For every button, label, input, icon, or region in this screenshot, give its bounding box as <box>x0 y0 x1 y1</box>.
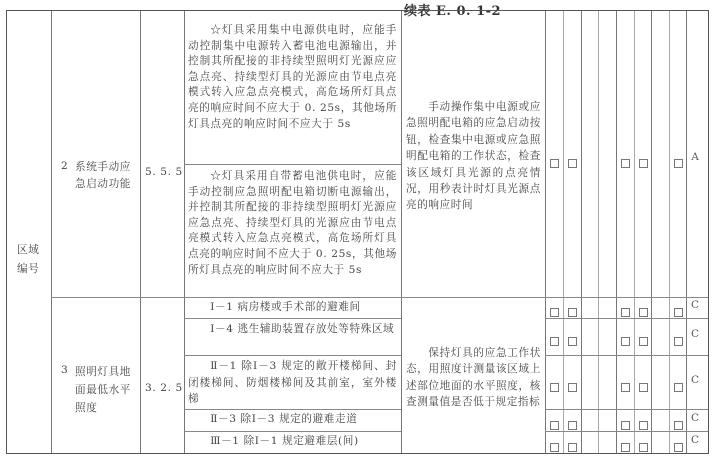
row-divider <box>51 297 708 298</box>
check-row: C <box>7 302 708 314</box>
inspection-method: 手动操作集中电源或应急照明配电箱的应急启动按钮，检查集中电源或应急照明配电箱的工… <box>406 99 541 214</box>
check-row: C <box>7 437 708 449</box>
checkbox[interactable] <box>616 153 634 172</box>
checkbox[interactable] <box>616 331 634 350</box>
row-divider <box>184 355 401 356</box>
item-name-line: 系统手动应 <box>75 159 139 176</box>
grade-label: C <box>686 434 704 446</box>
checkbox[interactable] <box>634 302 652 321</box>
clause-number: 5. 5. 5 <box>145 165 185 181</box>
item-name: 照明灯具地 面最低水平 照度 <box>75 363 139 417</box>
checkbox[interactable] <box>563 437 581 456</box>
inspection-table: 区域 编号 2 系统手动应 急启动功能 5. 5. 5 ☆灯具采用集中电源供电时… <box>6 10 709 454</box>
checkbox[interactable] <box>669 415 687 434</box>
checkbox[interactable] <box>669 377 687 396</box>
checkbox[interactable] <box>634 153 652 172</box>
row-divider <box>184 164 401 165</box>
row-divider <box>184 409 401 410</box>
checkbox[interactable] <box>563 153 581 172</box>
checkbox[interactable] <box>563 331 581 350</box>
checkbox[interactable] <box>669 302 687 321</box>
checkbox[interactable] <box>545 415 563 434</box>
checkbox[interactable] <box>563 377 581 396</box>
checkbox[interactable] <box>545 331 563 350</box>
checkbox[interactable] <box>634 415 652 434</box>
row-divider <box>545 409 708 410</box>
checkbox[interactable] <box>634 377 652 396</box>
checkbox[interactable] <box>545 437 563 456</box>
grade-label: C <box>686 374 704 386</box>
row-divider <box>184 431 401 432</box>
item-name-line: 急启动功能 <box>75 176 139 193</box>
checkbox[interactable] <box>545 302 563 321</box>
requirement-text: ☆灯具采用集中电源供电时，应能手动控制集中电源转入蓄电池电源输出，并控制其所配接… <box>188 23 397 132</box>
item-name: 系统手动应 急启动功能 <box>75 159 139 193</box>
checkbox[interactable] <box>563 415 581 434</box>
grade-label: C <box>686 412 704 424</box>
item-index: 2 <box>61 159 73 175</box>
checkbox[interactable] <box>545 377 563 396</box>
checkbox[interactable] <box>616 302 634 321</box>
region-label: 区域 编号 <box>17 241 47 279</box>
check-row: C <box>7 415 708 427</box>
region-label-line: 区域 <box>17 241 47 260</box>
region-label-line: 编号 <box>17 260 47 279</box>
checkbox[interactable] <box>563 302 581 321</box>
row-divider <box>545 355 708 356</box>
checkbox[interactable] <box>669 153 687 172</box>
checkbox[interactable] <box>616 377 634 396</box>
checkbox[interactable] <box>669 437 687 456</box>
checkbox[interactable] <box>616 437 634 456</box>
checkbox[interactable] <box>669 331 687 350</box>
checkbox[interactable] <box>545 153 563 172</box>
check-row: C <box>7 377 708 389</box>
row-divider <box>184 318 401 319</box>
grade-label: A <box>686 151 704 163</box>
grade-label: C <box>686 328 704 340</box>
checkbox[interactable] <box>634 437 652 456</box>
checkbox[interactable] <box>616 415 634 434</box>
grade-label: C <box>686 299 704 311</box>
check-row: C <box>7 331 708 343</box>
checkbox[interactable] <box>634 331 652 350</box>
requirement-text: ☆灯具采用自带蓄电池供电时，应能手动控制应急照明配电箱切断电源输出，并控制其所配… <box>188 169 397 278</box>
